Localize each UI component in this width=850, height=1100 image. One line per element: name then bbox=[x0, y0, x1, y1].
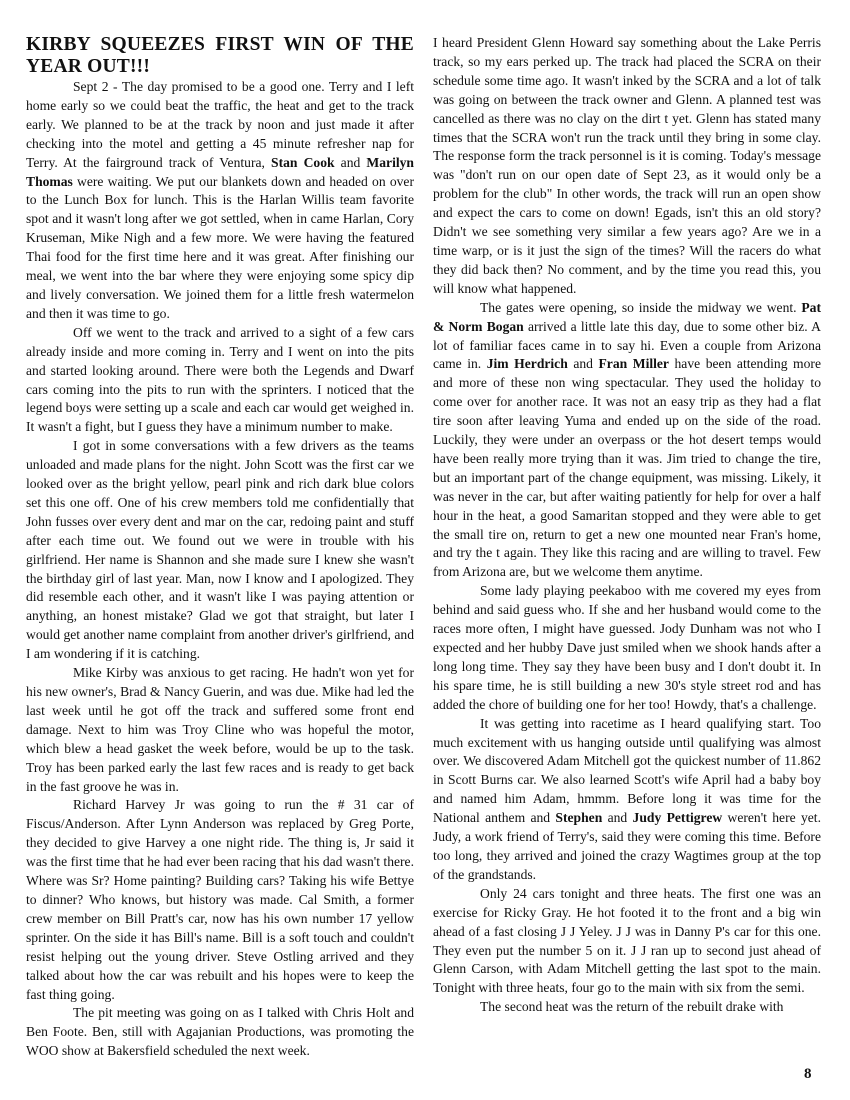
page-number: 8 bbox=[804, 1066, 812, 1083]
bold-name: Stan Cook bbox=[271, 155, 335, 170]
paragraph-peekaboo: Some lady playing peekaboo with me cover… bbox=[433, 582, 821, 714]
article-headline: KIRBY SQUEEZES FIRST WIN OF THE YEAR OUT… bbox=[26, 34, 414, 78]
paragraph-arrival: Sept 2 - The day promised to be a good o… bbox=[26, 78, 414, 324]
right-column: I heard President Glenn Howard say somet… bbox=[433, 34, 821, 1017]
paragraph-kirby: Mike Kirby was anxious to get racing. He… bbox=[26, 664, 414, 796]
paragraph-conversations: I got in some conversations with a few d… bbox=[26, 437, 414, 664]
paragraph-harvey: Richard Harvey Jr was going to run the #… bbox=[26, 796, 414, 1004]
left-column: KIRBY SQUEEZES FIRST WIN OF THE YEAR OUT… bbox=[26, 34, 414, 1061]
paragraph-pit-meeting: The pit meeting was going on as I talked… bbox=[26, 1004, 414, 1061]
bold-name: Jim Herdrich bbox=[487, 356, 568, 371]
paragraph-second-heat: The second heat was the return of the re… bbox=[433, 998, 821, 1017]
bold-name: Judy Pettigrew bbox=[633, 810, 723, 825]
bold-name: Stephen bbox=[555, 810, 602, 825]
paragraph-racetime: It was getting into racetime as I heard … bbox=[433, 715, 821, 885]
newsletter-page: KIRBY SQUEEZES FIRST WIN OF THE YEAR OUT… bbox=[0, 0, 850, 1100]
paragraph-gates: The gates were opening, so inside the mi… bbox=[433, 299, 821, 583]
paragraph-pits: Off we went to the track and arrived to … bbox=[26, 324, 414, 437]
paragraph-lake-perris: I heard President Glenn Howard say somet… bbox=[433, 34, 821, 299]
paragraph-heats: Only 24 cars tonight and three heats. Th… bbox=[433, 885, 821, 998]
bold-name: Fran Miller bbox=[599, 356, 669, 371]
